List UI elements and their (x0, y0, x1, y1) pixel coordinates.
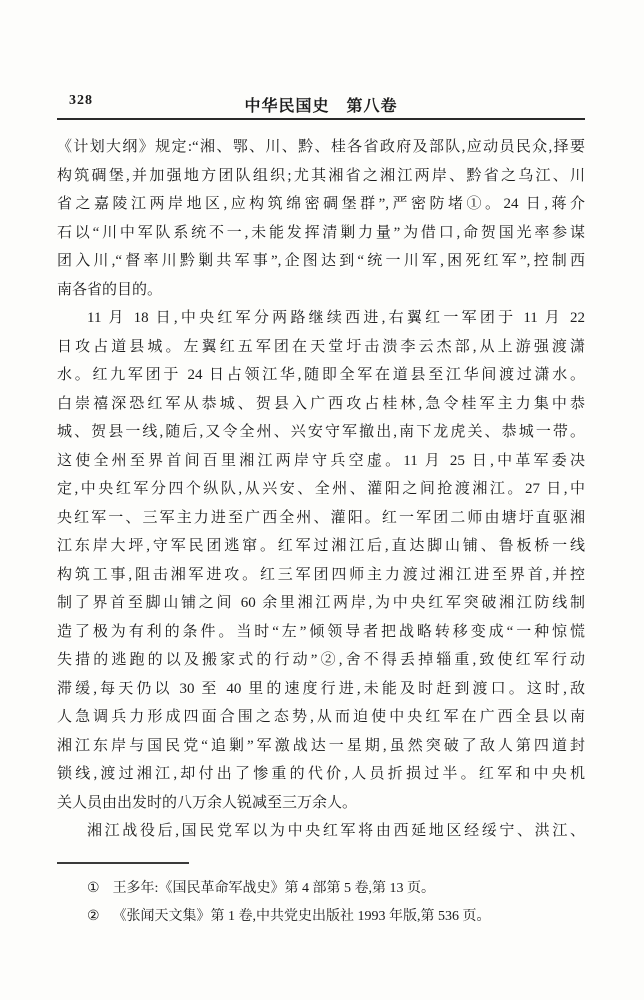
text-line: 城、贺县一线,随后,又令全州、兴安守军撤出,南下龙虎关、恭城一带。 (57, 418, 585, 447)
footnote-item: ①王多年:《国民革命军战史》第 4 部第 5 卷,第 13 页。 (57, 875, 585, 903)
body-text: 《计划大纲》规定:“湘、鄂、川、黔、桂各省政府及部队,应动员民众,择要构筑碉堡,… (57, 133, 585, 846)
page-number: 328 (69, 93, 93, 109)
footnote-text: 《张闻天文集》第 1 卷,中共党史出版社 1993 年版,第 536 页。 (113, 909, 491, 924)
text-line: 关人员由出发时的八万余人锐减至三万余人。 (57, 789, 585, 818)
text-line: 滞缓,每天仍以 30 至 40 里的速度行进,未能及时赶到渡口。这时,敌 (57, 675, 585, 704)
text-line: 人急调兵力形成四面合围之态势,从而迫使中央红军在广西全县以南 (57, 703, 585, 732)
footnote-marker: ② (87, 909, 100, 924)
text-line: 定,中央红军分四个纵队,从兴安、全州、灌阳之间抢渡湘江。27 日,中 (57, 475, 585, 504)
text-line: 构筑碉堡,并加强地方团队组织;尤其湘省之湘江两岸、黔省之乌江、川 (57, 162, 585, 191)
footnote-marker: ① (87, 881, 100, 896)
text-line: 失措的逃跑的以及搬家式的行动”②,舍不得丢掉辎重,致使红军行动 (57, 646, 585, 675)
footnote-item: ②《张闻天文集》第 1 卷,中共党史出版社 1993 年版,第 536 页。 (57, 903, 585, 931)
text-line: 团入川,“督率川黔剿共军事”,企图达到“统一川军,困死红军”,控制西 (57, 247, 585, 276)
text-line: 湘江战役后,国民党军以为中央红军将由西延地区经绥宁、洪江、 (57, 817, 585, 846)
book-page: 328 中华民国史 第八卷 《计划大纲》规定:“湘、鄂、川、黔、桂各省政府及部队… (0, 0, 644, 1000)
footnote-separator (57, 862, 189, 864)
text-line: 《计划大纲》规定:“湘、鄂、川、黔、桂各省政府及部队,应动员民众,择要 (57, 133, 585, 162)
footnotes: ①王多年:《国民革命军战史》第 4 部第 5 卷,第 13 页。②《张闻天文集》… (57, 875, 585, 931)
running-title: 中华民国史 第八卷 (244, 93, 397, 116)
text-line: 央红军一、三军主力进至广西全州、灌阳。红一军团二师由塘圩直驱湘 (57, 504, 585, 533)
text-line: 石以“川中军队系统不一,未能发挥清剿力量”为借口,命贺国光率参谋 (57, 219, 585, 248)
text-line: 湘江东岸与国民党“追剿”军激战达一星期,虽然突破了敌人第四道封 (57, 732, 585, 761)
page-content: 328 中华民国史 第八卷 《计划大纲》规定:“湘、鄂、川、黔、桂各省政府及部队… (57, 0, 585, 931)
text-line: 水。红九军团于 24 日占领江华,随即全军在道县至江华间渡过潇水。 (57, 361, 585, 390)
text-line: 制了界首至脚山铺之间 60 余里湘江两岸,为中央红军突破湘江防线制 (57, 589, 585, 618)
footnote-text: 王多年:《国民革命军战史》第 4 部第 5 卷,第 13 页。 (113, 881, 435, 896)
text-line: 江东岸大坪,守军民团逃窜。红军过湘江后,直达脚山铺、鲁板桥一线 (57, 532, 585, 561)
page-header: 328 中华民国史 第八卷 (57, 93, 585, 120)
text-line: 构筑工事,阻击湘军进攻。红三军团四师主力渡过湘江进至界首,并控 (57, 561, 585, 590)
text-line: 省之嘉陵江两岸地区,应构筑绵密碉堡群”,严密防堵①。24 日,蒋介 (57, 190, 585, 219)
text-line: 这使全州至界首间百里湘江两岸守兵空虚。11 月 25 日,中革军委决 (57, 447, 585, 476)
text-line: 锁线,渡过湘江,却付出了惨重的代价,人员折损过半。红军和中央机 (57, 760, 585, 789)
text-line: 造了极为有利的条件。当时“左”倾领导者把战略转移变成“一种惊慌 (57, 618, 585, 647)
text-line: 日攻占道县城。左翼红五军团在天堂圩击溃李云杰部,从上游强渡潇 (57, 333, 585, 362)
text-line: 11 月 18 日,中央红军分两路继续西进,右翼红一军团于 11 月 22 (57, 304, 585, 333)
text-line: 白崇禧深恐红军从恭城、贺县入广西攻占桂林,急令桂军主力集中恭 (57, 390, 585, 419)
text-line: 南各省的目的。 (57, 276, 585, 305)
